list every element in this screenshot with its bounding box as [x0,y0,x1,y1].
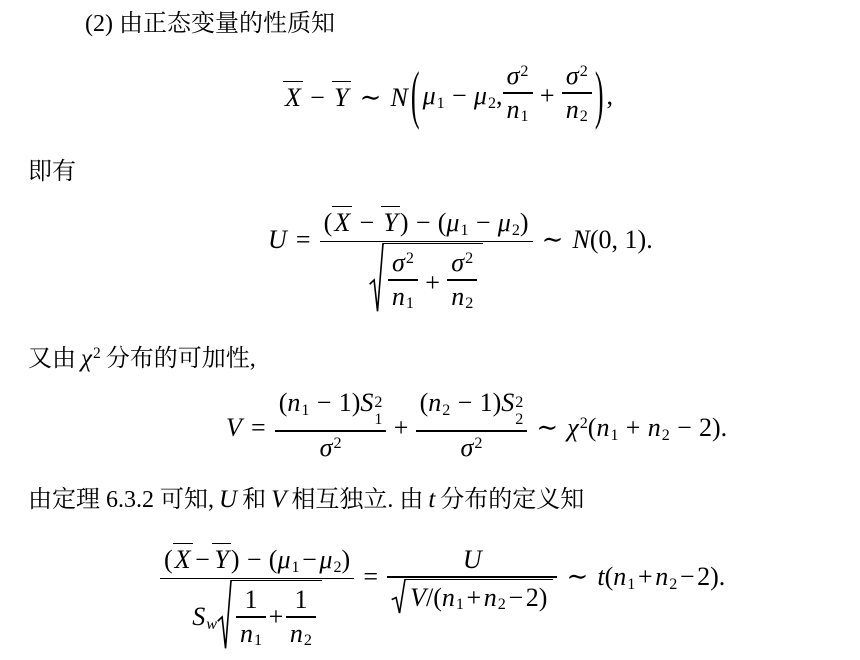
formula-1: X−Y∼N ( μ1−μ2, σ2n1 + σ2n2 ) , [283,60,613,127]
sqrt: 1n1+1n2 [217,580,322,651]
xbar: X [283,81,303,111]
superscript-2: 2 [374,395,382,412]
mu-symbol: μ [498,208,511,237]
sigma-symbol: σ [320,433,333,462]
lhs-fraction: (X−Y)−(μ1−μ2)Sw1n1+1n2 [160,542,354,652]
sigma-symbol: σ [461,433,474,462]
minus-op: − [416,208,431,237]
ybar: Y [381,206,399,236]
numerator: 1 [241,584,262,616]
superscript-2: 2 [520,63,528,80]
normal-dist-symbol: N [391,83,408,112]
formula4-rhs: ∼t(n1+n2−2). [557,562,725,594]
subscript-2: 2 [488,95,496,112]
radicand: σ2n1+σ2n2 [384,243,483,314]
sup-sub-stack: 21 [374,395,382,429]
denominator: n1 [388,281,418,315]
normal-dist-symbol: N [573,225,590,254]
n-symbol: n [596,413,609,442]
sigma-symbol: σ [566,61,579,90]
plus-op: + [540,81,555,111]
numerator: σ2 [447,247,477,279]
chi-prefix: 又由 [28,346,76,372]
minus-op: − [195,545,210,574]
superscript-2: 2 [580,63,588,80]
subscript-2: 2 [662,427,670,444]
n-symbol: n [566,95,579,124]
radical-sign-icon [369,243,384,314]
n-symbol: n [287,388,300,417]
subscript-1: 1 [254,632,262,649]
sim-op: ∼ [360,83,382,112]
formula2-rhs: ∼N(0, 1). [533,225,653,255]
chi-symbol: χ2 [81,345,101,372]
plus-op: + [425,268,440,298]
chi-glyph: χ [81,345,92,372]
formula-4: (X−Y)−(μ1−μ2)Sw1n1+1n2 = UV/(n1+n2−2) ∼t… [160,542,725,652]
theorem-and: 和 [242,487,266,513]
rparen-period: ). [712,413,727,442]
fraction-sigma2-n1: σ2n1 [503,60,533,127]
theorem-suffix: 分布的定义知 [440,487,584,513]
y-symbol: Y [383,208,397,237]
numerator: σ2 [562,60,592,92]
digit-2: 2 [697,562,710,591]
radical-sign-icon [391,579,406,615]
n-symbol: n [392,282,405,311]
mean-args: μ1−μ2, [423,81,503,113]
sqrt: V/(n1+n2−2) [391,579,553,615]
superscript-2: 2 [333,435,341,452]
v-symbol: V [271,486,286,513]
rhs-fraction: UV/(n1+n2−2) [387,544,557,615]
paragraph-intro: (2) 由正态变量的性质知 [85,8,335,40]
x-symbol: X [285,83,301,112]
paragraph-chi: 又由χ2分布的可加性, [28,342,256,376]
minus-op: − [302,545,317,574]
plus-op: + [626,413,641,442]
sim-op: ∼ [566,562,588,591]
lparen: ( [164,545,173,574]
n-symbol: n [442,583,455,612]
numerator: σ2 [503,60,533,92]
subscript-1: 1 [460,222,468,239]
minus-op: − [359,208,374,237]
digit-2: 2 [699,413,712,442]
s-symbol: S [360,388,373,417]
numerator: (n1−1)S21 [275,387,387,430]
big-left-paren: ( [411,59,420,134]
ybar: Y [212,543,230,573]
u-symbol: U [219,486,237,513]
numerator: σ2 [388,247,418,279]
rparen: ) [493,388,502,417]
formula-3: V= (n1−1)S21σ2 + (n2−1)S22σ2 ∼χ2(n1+n2−2… [226,387,727,464]
sup-sub-stack: 22 [515,395,523,429]
n-symbol: n [484,583,497,612]
paragraph-jiyou: 即有 [28,156,76,188]
n-symbol: n [428,388,441,417]
formula3-lhs: V= [226,413,275,443]
denominator: n2 [562,94,592,128]
denominator: σ2n1+σ2n2 [365,242,487,315]
n-symbol: n [240,619,253,648]
subscript-2: 2 [442,402,450,419]
v-symbol: V [410,583,426,612]
n-symbol: n [613,562,626,591]
minus-op: − [452,81,467,110]
y-symbol: Y [334,83,348,112]
denominator: V/(n1+n2−2) [387,578,557,616]
subscript-1: 1 [521,108,529,125]
sw-sqrt-group: Sw1n1+1n2 [192,580,322,651]
plus-op: + [638,562,653,591]
formula3-rhs: ∼χ2(n1+n2−2). [527,413,727,445]
t-symbol: t [597,562,604,591]
sim-op: ∼ [542,225,564,254]
minus-op: − [317,388,332,417]
digit-1: 1 [480,388,493,417]
theorem-prefix: 由定理 6.3.2 可知, [28,487,214,513]
numerator: (X−Y)−(μ1−μ2) [320,205,533,241]
theorem-mid: 相互独立. 由 [291,487,423,513]
minus-op: − [247,545,262,574]
paragraph-theorem: 由定理 6.3.2 可知,U和V相互独立. 由t分布的定义知 [28,483,584,517]
x-symbol: X [175,545,191,574]
denominator: n2 [286,618,316,652]
digit-1: 1 [339,388,352,417]
intro-text: (2) 由正态变量的性质知 [85,11,335,37]
fraction-s1: (n1−1)S21σ2 [275,387,387,464]
subscript-2: 2 [333,559,341,576]
rparen: ) [231,545,240,574]
denominator: σ2 [457,432,487,464]
subscript-1: 1 [437,95,445,112]
subscript-1: 1 [610,427,618,444]
plus-op: + [394,413,409,443]
minus-op: − [508,583,523,612]
ybar: Y [332,81,350,111]
s-symbol: S [192,602,205,631]
n-symbol: n [290,619,303,648]
s-symbol: S [501,388,514,417]
jiyou-text: 即有 [28,159,76,185]
n-symbol: n [507,95,520,124]
sw-symbol: Sw [192,602,217,634]
big-right-paren: ) [595,59,604,134]
mu-symbol: μ [277,545,290,574]
fraction-1-n2: 1n2 [286,584,316,651]
trailing-comma: , [607,81,614,111]
fraction-sigma2-n2: σ2n2 [447,247,477,314]
denominator: n2 [447,281,477,315]
fraction-1-n1: 1n1 [236,584,266,651]
numerator: 1 [290,584,311,616]
subscript-2: 2 [515,412,523,429]
mu-symbol: μ [474,81,487,110]
fraction-sigma2-n2: σ2n2 [562,60,592,127]
rparen: ) [342,545,351,574]
subscript-1: 1 [292,559,300,576]
plus-op: + [269,602,284,632]
rparen: ) [520,208,529,237]
numerator: (X−Y)−(μ1−μ2) [160,542,354,578]
minus-op: − [458,388,473,417]
xbar: X [332,206,352,236]
t-symbol: t [428,486,435,513]
rparen-period: ). [710,562,725,591]
formula1-lhs: X−Y∼N [283,81,408,113]
normal-args: (0, 1). [590,225,653,254]
n-symbol: n [648,413,661,442]
mu-symbol: μ [319,545,332,574]
radical-sign-icon [217,580,232,651]
xbar: X [173,543,193,573]
denominator: n1 [503,94,533,128]
lparen: ( [324,208,333,237]
denominator: σ2 [316,432,346,464]
minus-op: − [476,208,491,237]
denominator: Sw1n1+1n2 [188,579,326,652]
v-symbol: V [226,413,242,442]
superscript-2: 2 [580,415,588,432]
subscript-w: w [206,616,217,633]
subscript-1: 1 [627,576,635,593]
minus-op: − [310,83,325,112]
subscript-2: 2 [304,632,312,649]
main-fraction: (X−Y)−(μ1−μ2)σ2n1+σ2n2 [320,205,533,315]
chi-suffix: 分布的可加性, [106,346,256,372]
n-symbol: n [451,282,464,311]
rparen: ) [539,583,548,612]
formula2-lhs: U= [268,225,320,255]
radicand: 1n1+1n2 [232,580,322,651]
subscript-1: 1 [301,402,309,419]
equals-op: = [296,225,311,254]
subscript-2: 2 [669,576,677,593]
mu-symbol: μ [446,208,459,237]
minus-op: − [680,562,695,591]
x-symbol: X [334,208,350,237]
n-symbol: n [655,562,668,591]
sqrt: σ2n1+σ2n2 [369,243,483,314]
rparen: ) [400,208,409,237]
lparen: ( [420,388,429,417]
mu-symbol: μ [423,81,436,110]
radicand: V/(n1+n2−2) [406,579,553,615]
sim-op: ∼ [536,413,558,442]
superscript-2: 2 [465,250,473,267]
subscript-2: 2 [465,295,473,312]
subscript-1: 1 [406,295,414,312]
plus-op: + [467,583,482,612]
minus-op: − [677,413,692,442]
lparen: ( [433,583,442,612]
y-symbol: Y [214,545,228,574]
fraction-s2: (n2−1)S22σ2 [416,387,528,464]
formula-2: U= (X−Y)−(μ1−μ2)σ2n1+σ2n2 ∼N(0, 1). [268,205,653,315]
digit-2: 2 [526,583,539,612]
sigma-symbol: σ [451,248,464,277]
chi-symbol: χ [567,413,578,442]
subscript-2: 2 [580,108,588,125]
lparen: ( [605,562,614,591]
superscript-2: 2 [474,435,482,452]
superscript-2: 2 [93,345,101,362]
u-symbol: U [268,225,287,254]
numerator: (n2−1)S22 [416,387,528,430]
sigma-symbol: σ [392,248,405,277]
subscript-2: 2 [512,222,520,239]
superscript-2: 2 [406,250,414,267]
sigma-symbol: σ [507,61,520,90]
subscript-1: 1 [374,412,382,429]
subscript-1: 1 [456,596,464,613]
u-symbol: U [459,544,486,576]
denominator: n1 [236,618,266,652]
fraction-sigma2-n1: σ2n1 [388,247,418,314]
equals-op: = [363,562,378,592]
superscript-2: 2 [515,395,523,412]
subscript-2: 2 [498,596,506,613]
equals-op: = [251,413,266,442]
